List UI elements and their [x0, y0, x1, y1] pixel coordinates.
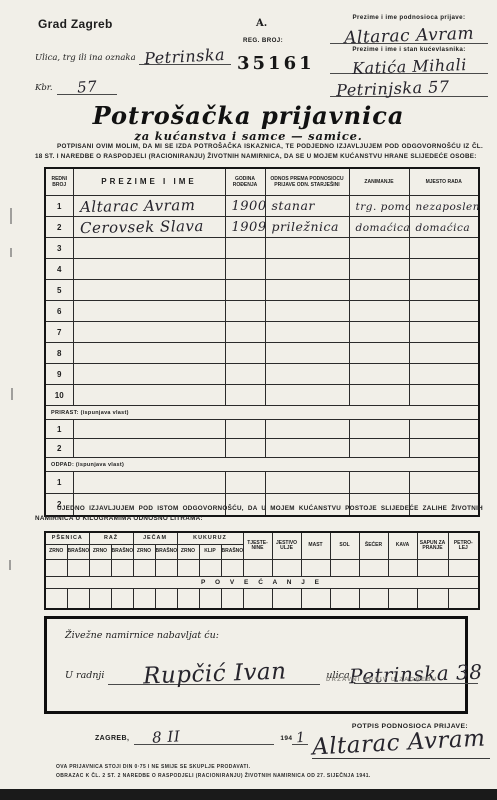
empty-cell — [73, 301, 225, 322]
empty-cell — [409, 420, 479, 439]
subcol-header: ZRNO — [177, 545, 199, 560]
supplier-box: Živežne namirnice nabavljat ću: U radnji… — [44, 616, 468, 714]
empty-cell — [155, 560, 177, 577]
table-row: 1 — [45, 420, 479, 439]
cell-year-handwritten: 1909 — [232, 220, 266, 235]
form-subtitle: za kućanstva i samce — samice. — [0, 129, 497, 143]
group-header-jecam: JEČAM — [133, 532, 177, 545]
empty-cell — [265, 439, 349, 458]
prirast-section-row: PRIRAST: (ispunjava vlast) — [45, 406, 479, 420]
empty-cell — [73, 472, 225, 494]
scan-artifact — [10, 208, 12, 224]
table-row: 9 — [45, 364, 479, 385]
house-number-label: Kbr. — [35, 83, 53, 93]
empty-cell — [272, 560, 301, 577]
povecanje-label: P O V E Ć A N J E — [45, 577, 479, 589]
empty-cell — [199, 560, 221, 577]
year-printed: 194 — [280, 735, 292, 742]
povecanje-row: P O V E Ć A N J E — [45, 577, 479, 589]
empty-cell — [265, 259, 349, 280]
empty-cell — [225, 280, 265, 301]
empty-cell — [177, 560, 199, 577]
empty-cell — [409, 439, 479, 458]
cell-occupation-handwritten: domaćica — [356, 222, 410, 234]
empty-cell — [265, 322, 349, 343]
landlord-name-value-handwritten: Katića Mihali — [351, 55, 466, 78]
empty-cell — [409, 343, 479, 364]
empty-cell — [388, 560, 417, 577]
signature-handwritten: Altarac Avram — [312, 725, 487, 760]
empty-cell — [349, 439, 409, 458]
empty-cell — [265, 280, 349, 301]
row-number: 1 — [45, 420, 73, 439]
reg-number-value: 35161 — [237, 53, 315, 74]
empty-cell — [225, 385, 265, 406]
supplies-group-header-row: PŠENICA RAŽ JEČAM KUKURUZ TJESTE- NINE J… — [45, 532, 479, 545]
table-row: 5 — [45, 280, 479, 301]
empty-cell — [133, 560, 155, 577]
empty-cell — [409, 322, 479, 343]
empty-cell — [243, 560, 272, 577]
empty-cell — [409, 472, 479, 494]
table-row: 6 — [45, 301, 479, 322]
place-label: ZAGREB, — [95, 735, 129, 742]
empty-cell — [409, 238, 479, 259]
empty-cell — [265, 385, 349, 406]
col-header-kava: KAVA — [388, 532, 417, 560]
cell-workplace-handwritten: domaćica — [416, 222, 471, 234]
empty-cell — [417, 560, 448, 577]
empty-cell — [225, 238, 265, 259]
empty-cell — [225, 472, 265, 494]
city-name: Grad Zagreb — [38, 17, 113, 31]
form-page: Grad Zagreb Ulica, trg ili ina oznaka Pe… — [0, 0, 497, 800]
empty-cell — [349, 420, 409, 439]
supplies-values-row — [45, 560, 479, 577]
persons-table: REDNI BROJ PREZIME I IME GODINA ROĐENJA … — [44, 167, 480, 517]
table-row: 1 — [45, 472, 479, 494]
empty-cell — [221, 589, 243, 610]
empty-cell — [409, 364, 479, 385]
row-number: 8 — [45, 343, 73, 364]
group-header-kukuruz: KUKURUZ — [177, 532, 243, 545]
empty-cell — [73, 364, 225, 385]
empty-cell — [73, 343, 225, 364]
empty-cell — [409, 301, 479, 322]
empty-cell — [330, 560, 359, 577]
row-number: 10 — [45, 385, 73, 406]
empty-cell — [272, 589, 301, 610]
empty-cell — [349, 364, 409, 385]
empty-cell — [155, 589, 177, 610]
empty-cell — [265, 301, 349, 322]
col-header-jestivo-ulje: JESTIVO ULJE — [272, 532, 301, 560]
fine-print-line2: OBRAZAC K ČL. 2 ST. 2 NAREDBE O RASPODJE… — [56, 773, 371, 779]
empty-cell — [73, 322, 225, 343]
table-row: 7 — [45, 322, 479, 343]
empty-cell — [330, 589, 359, 610]
col-header-petrolej: PETRO- LEJ — [448, 532, 479, 560]
empty-cell — [225, 259, 265, 280]
cell-relation-handwritten: priležnica — [272, 219, 339, 234]
archive-stamp: DRŽAVNI ARHIV U ZAGREBU — [326, 677, 438, 683]
group-header-psenica: PŠENICA — [45, 532, 89, 545]
col-header-odnos: ODNOS PREMA PODNOSIOCU PRIJAVE ODN. STAR… — [265, 168, 349, 196]
empty-cell — [409, 280, 479, 301]
empty-cell — [133, 589, 155, 610]
empty-cell — [45, 560, 67, 577]
row-number: 4 — [45, 259, 73, 280]
empty-cell — [417, 589, 448, 610]
table-row: 1 Altarac Avram 1900 stanar trg. pomoćni… — [45, 196, 479, 217]
fine-print-line1: OVA PRIJAVNICA STOJI DIN 0·75 I NE SMIJE… — [56, 764, 250, 770]
empty-cell — [73, 385, 225, 406]
empty-cell — [349, 322, 409, 343]
col-header-mjesto-rada: MJESTO RADA — [409, 168, 479, 196]
empty-cell — [221, 560, 243, 577]
cell-relation-handwritten: stanar — [272, 198, 315, 213]
supplies-values-row — [45, 589, 479, 610]
empty-cell — [177, 589, 199, 610]
empty-cell — [225, 439, 265, 458]
shop-name-label: U radnji — [65, 670, 104, 681]
empty-cell — [265, 420, 349, 439]
empty-cell — [73, 238, 225, 259]
empty-cell — [409, 259, 479, 280]
empty-cell — [265, 472, 349, 494]
empty-cell — [265, 343, 349, 364]
row-number: 2 — [45, 439, 73, 458]
street-value-handwritten: Petrinska — [144, 45, 226, 68]
empty-cell — [225, 301, 265, 322]
col-header-tjestenine: TJESTE- NINE — [243, 532, 272, 560]
empty-cell — [265, 238, 349, 259]
odpad-section-label: ODPAD: (ispunjava vlast) — [45, 458, 479, 472]
shop-name-value-handwritten: Rupčić Ivan — [142, 659, 286, 690]
prirast-section-label: PRIRAST: (ispunjava vlast) — [45, 406, 479, 420]
cell-name-handwritten: Cerovsek Slava — [79, 217, 203, 237]
cell-workplace-handwritten: nezaposlen — [416, 201, 480, 213]
empty-cell — [89, 589, 111, 610]
empty-cell — [448, 589, 479, 610]
empty-cell — [111, 560, 133, 577]
intro-paragraph: POTPISANI OVIM MOLIM, DA MI SE IZDA POTR… — [35, 142, 483, 161]
empty-cell — [73, 439, 225, 458]
row-number: 3 — [45, 238, 73, 259]
col-header-sol: SOL — [330, 532, 359, 560]
empty-cell — [67, 560, 89, 577]
supplies-table: PŠENICA RAŽ JEČAM KUKURUZ TJESTE- NINE J… — [44, 531, 480, 610]
empty-cell — [73, 259, 225, 280]
empty-cell — [349, 238, 409, 259]
reg-number-label: REG. BROJ: — [243, 37, 283, 44]
col-header-zanimanje: ZANIMANJE — [349, 168, 409, 196]
empty-cell — [349, 472, 409, 494]
date-value-handwritten: 8 II — [152, 727, 181, 746]
empty-cell — [359, 589, 388, 610]
col-header-redni-broj: REDNI BROJ — [45, 168, 73, 196]
landlord-address-value-handwritten: Petrinjska 57 — [336, 77, 450, 100]
empty-cell — [67, 589, 89, 610]
empty-cell — [73, 420, 225, 439]
subcol-header: BRAŠNO — [67, 545, 89, 560]
empty-cell — [225, 343, 265, 364]
empty-cell — [388, 589, 417, 610]
empty-cell — [349, 301, 409, 322]
house-number-value-handwritten: 57 — [76, 77, 97, 96]
cell-occupation-handwritten: trg. pomoćnik — [356, 201, 410, 213]
empty-cell — [89, 560, 111, 577]
table-row: 3 — [45, 238, 479, 259]
empty-cell — [349, 385, 409, 406]
supplier-intro: Živežne namirnice nabavljat ću: — [65, 630, 219, 641]
empty-cell — [225, 420, 265, 439]
cell-name-handwritten: Altarac Avram — [79, 196, 195, 216]
empty-cell — [301, 560, 330, 577]
subcol-header: BRAŠNO — [221, 545, 243, 560]
empty-cell — [349, 280, 409, 301]
empty-cell — [111, 589, 133, 610]
col-header-godina: GODINA ROĐENJA — [225, 168, 265, 196]
row-number: 7 — [45, 322, 73, 343]
odpad-section-row: ODPAD: (ispunjava vlast) — [45, 458, 479, 472]
table-row: 8 — [45, 343, 479, 364]
scan-edge-bar — [0, 789, 497, 800]
scan-artifact — [11, 388, 13, 400]
street-label: Ulica, trg ili ina oznaka — [35, 53, 136, 63]
col-header-mast: MAST — [301, 532, 330, 560]
section-letter: A. — [256, 18, 267, 29]
table-row: 4 — [45, 259, 479, 280]
applicant-name-label: Prezime i ime podnosioca prijave: — [330, 14, 488, 21]
empty-cell — [349, 343, 409, 364]
subcol-header: ZRNO — [89, 545, 111, 560]
empty-cell — [225, 364, 265, 385]
row-number: 1 — [45, 196, 73, 217]
subcol-header: BRAŠNO — [155, 545, 177, 560]
subcol-header: ZRNO — [133, 545, 155, 560]
row-number: 6 — [45, 301, 73, 322]
col-header-sapun: SAPUN ZA PRANJE — [417, 532, 448, 560]
shop-street-value-handwritten: Petrinska 38 — [349, 660, 483, 689]
scan-artifact — [9, 560, 11, 570]
col-header-secer: ŠEĆER — [359, 532, 388, 560]
subcol-header: ZRNO — [45, 545, 67, 560]
row-number: 2 — [45, 217, 73, 238]
row-number: 9 — [45, 364, 73, 385]
empty-cell — [225, 322, 265, 343]
empty-cell — [349, 259, 409, 280]
group-header-raz: RAŽ — [89, 532, 133, 545]
row-number: 1 — [45, 472, 73, 494]
supplies-paragraph: UJEDNO IZJAVLJUJEM POD ISTOM ODGOVORNOŠĆ… — [35, 504, 483, 523]
empty-cell — [243, 589, 272, 610]
cell-year-handwritten: 1900 — [232, 199, 266, 214]
subcol-header: KLIP — [199, 545, 221, 560]
applicant-name-value-handwritten: Altarac Avram — [344, 24, 475, 49]
empty-cell — [73, 280, 225, 301]
empty-cell — [448, 560, 479, 577]
empty-cell — [265, 364, 349, 385]
row-number: 5 — [45, 280, 73, 301]
table-row: 10 — [45, 385, 479, 406]
subcol-header: BRAŠNO — [111, 545, 133, 560]
empty-cell — [199, 589, 221, 610]
empty-cell — [409, 385, 479, 406]
col-header-prezime-ime: PREZIME I IME — [73, 168, 225, 196]
scan-artifact — [10, 248, 12, 257]
persons-header-row: REDNI BROJ PREZIME I IME GODINA ROĐENJA … — [45, 168, 479, 196]
signature-line — [312, 758, 490, 759]
empty-cell — [301, 589, 330, 610]
table-row: 2 — [45, 439, 479, 458]
empty-cell — [45, 589, 67, 610]
form-title: Potrošačka prijavnica — [0, 101, 497, 130]
table-row: 2 Cerovsek Slava 1909 priležnica domaćic… — [45, 217, 479, 238]
empty-cell — [359, 560, 388, 577]
